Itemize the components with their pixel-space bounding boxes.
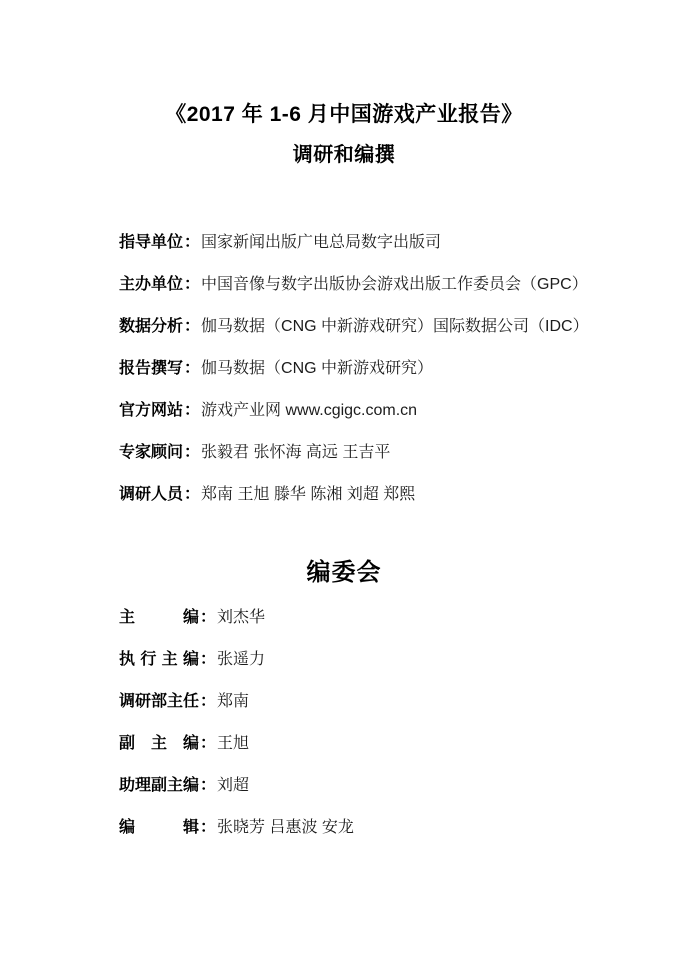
- credit-colon: ：: [183, 402, 201, 419]
- board-row: 调研部主任：郑南: [119, 681, 688, 723]
- board-member-names: 郑南: [217, 693, 249, 710]
- credit-colon: ：: [183, 444, 201, 461]
- credit-value: 伽马数据（CNG 中新游戏研究）国际数据公司（IDC）: [201, 318, 589, 335]
- credit-value: 郑南 王旭 滕华 陈湘 刘超 郑熙: [201, 486, 415, 503]
- credit-label: 指导单位: [119, 234, 183, 251]
- board-member-names: 刘超: [217, 777, 249, 794]
- board-colon: ：: [199, 819, 217, 836]
- board-colon: ：: [199, 735, 217, 752]
- page-title: 《2017 年 1-6 月中国游戏产业报告》: [0, 100, 688, 130]
- credit-colon: ：: [183, 486, 201, 503]
- board-row: 执行主编：张遥力: [119, 639, 688, 681]
- credit-value: 张毅君 张怀海 高远 王吉平: [201, 444, 390, 461]
- page-subtitle: 调研和编撰: [0, 141, 688, 169]
- credit-label: 报告撰写: [119, 360, 183, 377]
- credit-label: 主办单位: [119, 276, 183, 293]
- editorial-board-list: 主编：刘杰华 执行主编：张遥力 调研部主任：郑南 副主编：王旭 助理副主编：刘超…: [119, 597, 688, 849]
- board-member-names: 王旭: [217, 735, 249, 752]
- credit-colon: ：: [183, 234, 201, 251]
- board-row: 助理副主编：刘超: [119, 765, 688, 807]
- board-role-label: 执行主编: [119, 639, 199, 681]
- credit-value: 游戏产业网 www.cgigc.com.cn: [201, 402, 417, 419]
- credit-label: 调研人员: [119, 486, 183, 503]
- credit-label: 数据分析: [119, 318, 183, 335]
- credit-label: 专家顾问: [119, 444, 183, 461]
- board-colon: ：: [199, 651, 217, 668]
- document-page: 《2017 年 1-6 月中国游戏产业报告》 调研和编撰 指导单位：国家新闻出版…: [0, 0, 688, 971]
- credit-value: 中国音像与数字出版协会游戏出版工作委员会（GPC）: [201, 276, 588, 293]
- board-role-label: 编辑: [119, 807, 199, 849]
- credits-list: 指导单位：国家新闻出版广电总局数字出版司 主办单位：中国音像与数字出版协会游戏出…: [119, 222, 688, 516]
- board-row: 副主编：王旭: [119, 723, 688, 765]
- credit-row: 官方网站：游戏产业网 www.cgigc.com.cn: [119, 390, 688, 432]
- board-member-names: 张晓芳 吕惠波 安龙: [217, 819, 354, 836]
- credit-row: 报告撰写：伽马数据（CNG 中新游戏研究）: [119, 348, 688, 390]
- board-role-label: 副主编: [119, 723, 199, 765]
- board-row: 编辑：张晓芳 吕惠波 安龙: [119, 807, 688, 849]
- board-colon: ：: [199, 777, 217, 794]
- credit-row: 专家顾问：张毅君 张怀海 高远 王吉平: [119, 432, 688, 474]
- board-row: 主编：刘杰华: [119, 597, 688, 639]
- credit-value: 国家新闻出版广电总局数字出版司: [201, 234, 441, 251]
- editorial-board-heading: 编委会: [0, 555, 688, 591]
- board-role-label: 主编: [119, 597, 199, 639]
- credit-value: 伽马数据（CNG 中新游戏研究）: [201, 360, 433, 377]
- credit-colon: ：: [183, 318, 201, 335]
- board-member-names: 刘杰华: [217, 609, 265, 626]
- board-colon: ：: [199, 609, 217, 626]
- board-role-label: 调研部主任: [119, 681, 199, 723]
- board-member-names: 张遥力: [217, 651, 265, 668]
- credit-label: 官方网站: [119, 402, 183, 419]
- board-role-label: 助理副主编: [119, 765, 199, 807]
- credit-row: 调研人员：郑南 王旭 滕华 陈湘 刘超 郑熙: [119, 474, 688, 516]
- credit-colon: ：: [183, 360, 201, 377]
- credit-row: 数据分析：伽马数据（CNG 中新游戏研究）国际数据公司（IDC）: [119, 306, 688, 348]
- credit-row: 指导单位：国家新闻出版广电总局数字出版司: [119, 222, 688, 264]
- credit-colon: ：: [183, 276, 201, 293]
- title-block: 《2017 年 1-6 月中国游戏产业报告》 调研和编撰: [0, 0, 688, 169]
- credit-row: 主办单位：中国音像与数字出版协会游戏出版工作委员会（GPC）: [119, 264, 688, 306]
- board-colon: ：: [199, 693, 217, 710]
